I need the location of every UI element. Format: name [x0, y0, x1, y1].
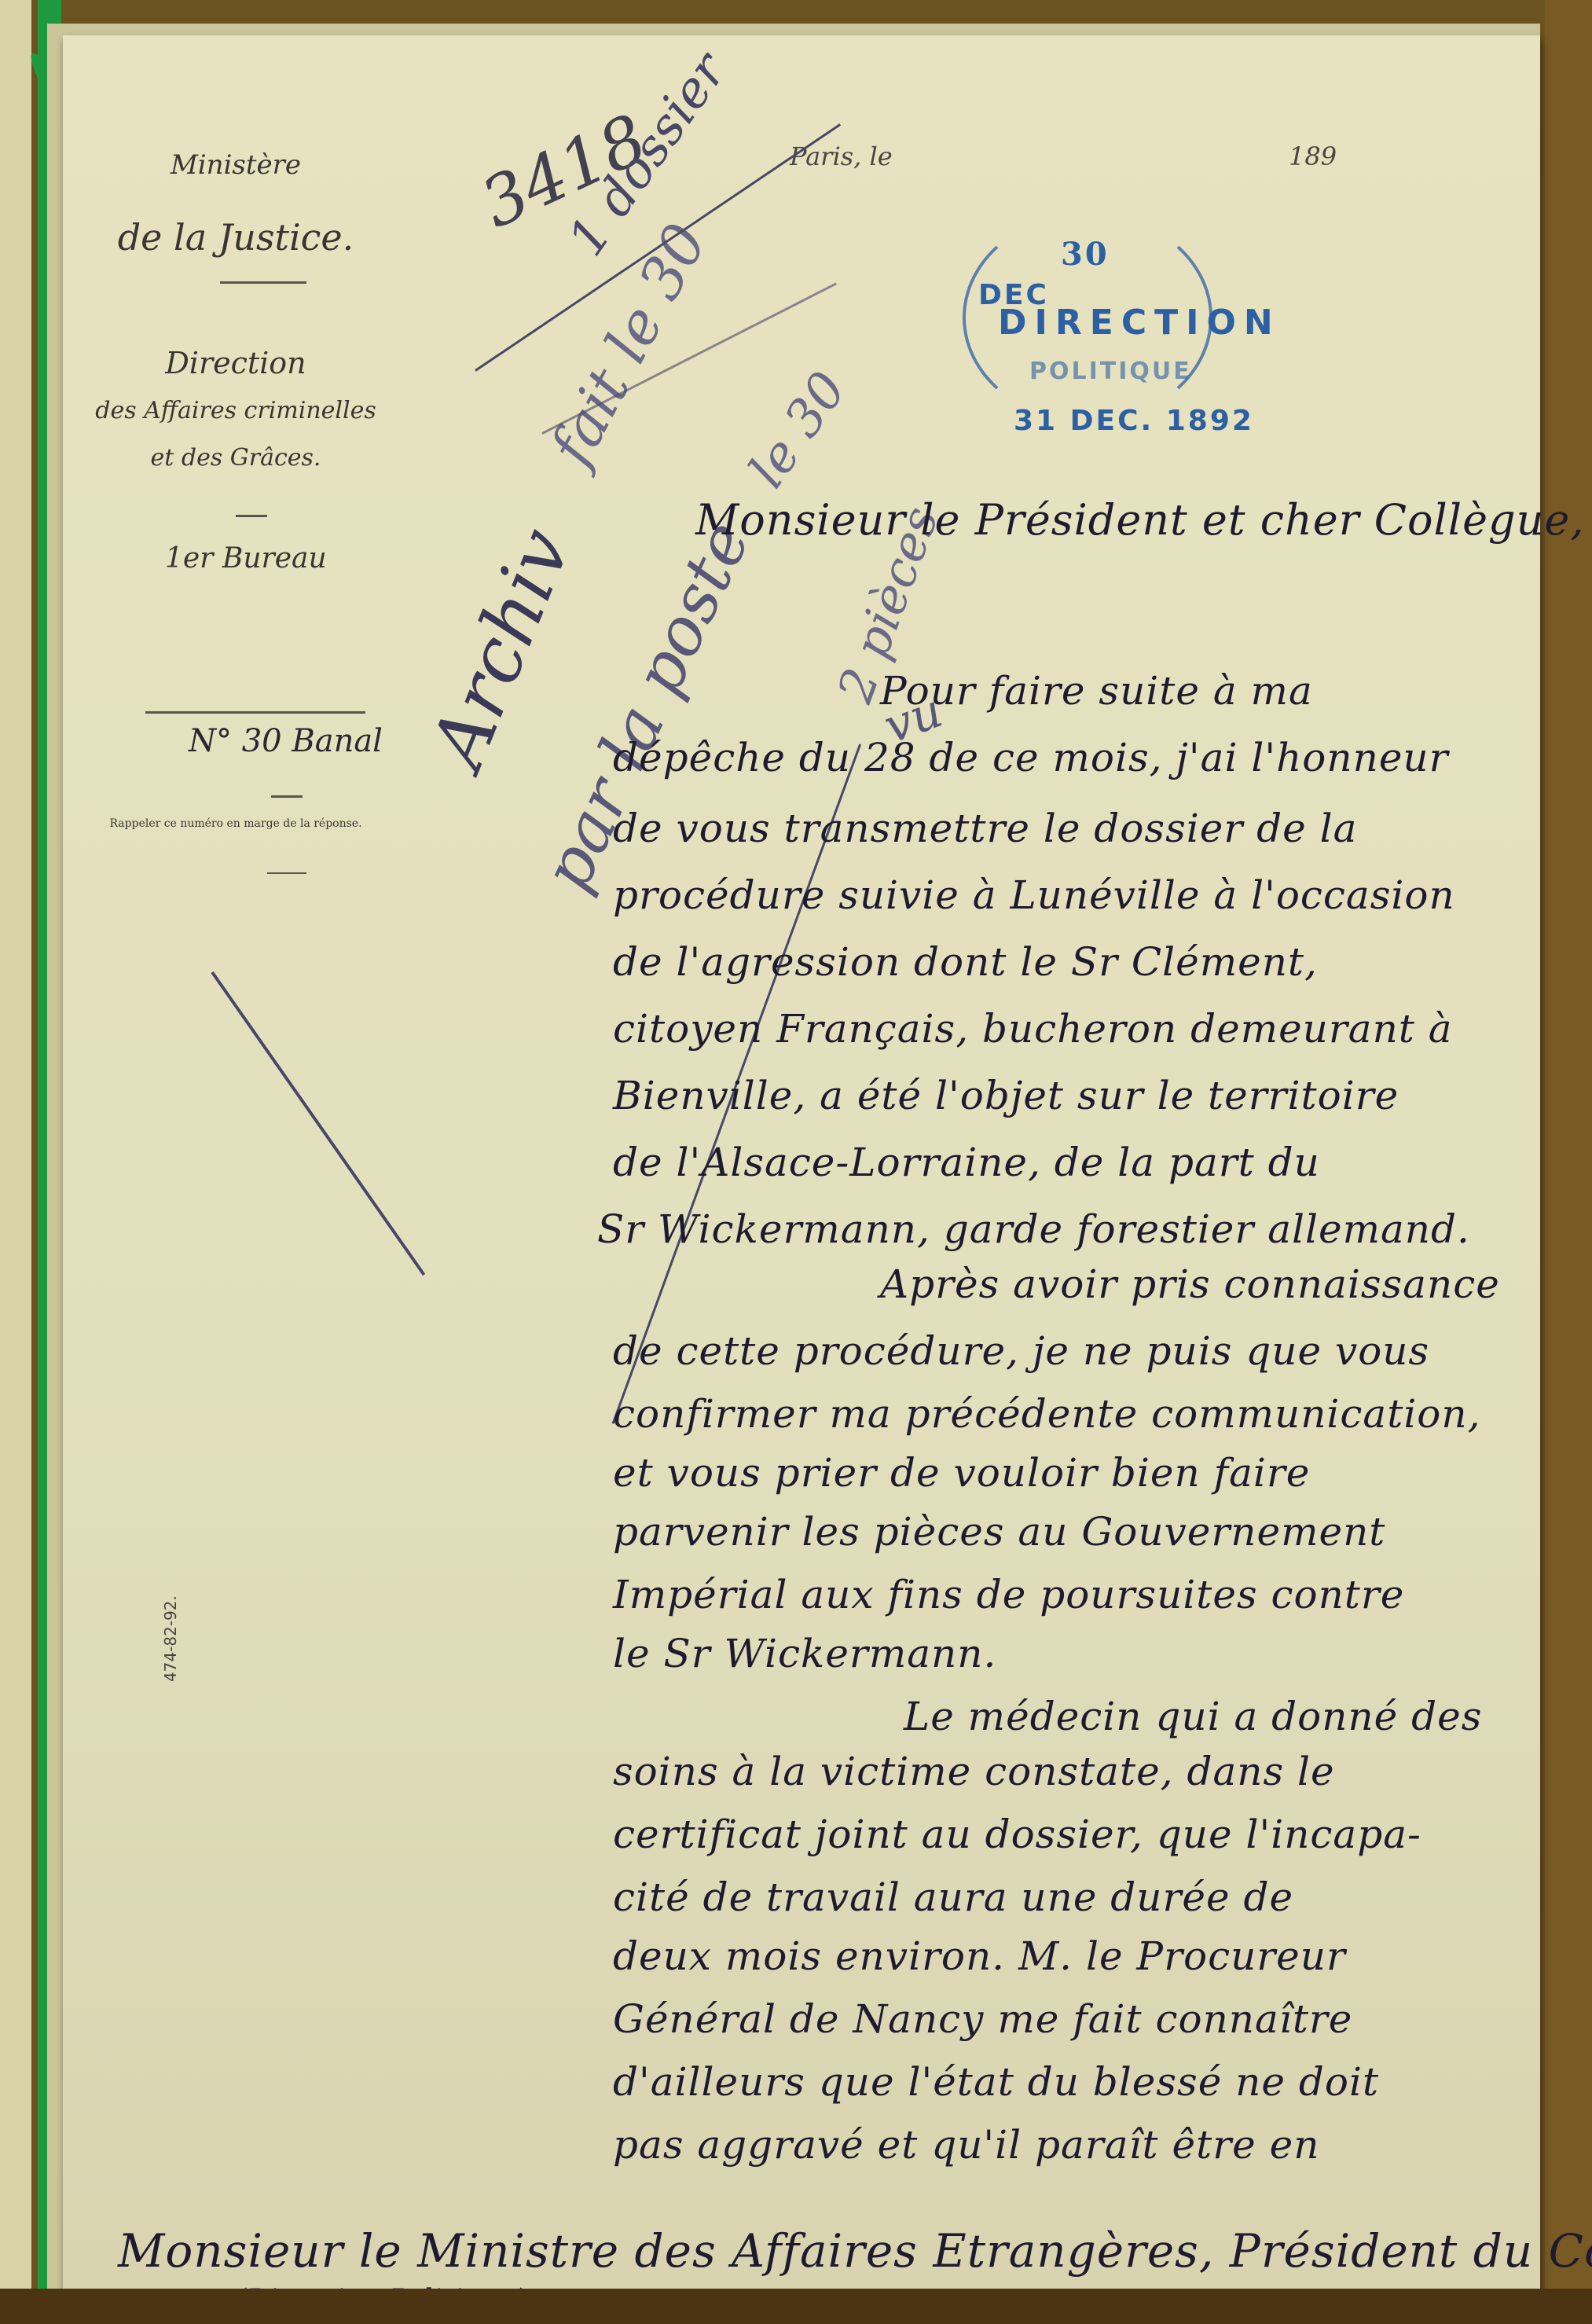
letter-line: dépêche du 28 de ce mois, j'ai l'honneur: [613, 735, 1449, 780]
letter-salutation: Monsieur le Président et cher Collègue,: [695, 495, 1585, 545]
letter-line: de l'Alsace-Lorraine, de la part du: [613, 1140, 1320, 1185]
letter-line: Pour faire suite à ma: [880, 668, 1313, 714]
letter-line: Impérial aux fins de poursuites contre: [613, 1572, 1404, 1617]
letter-line: et vous prier de vouloir bien faire: [613, 1450, 1310, 1496]
letter-line: cité de travail aura une durée de: [613, 1874, 1293, 1920]
letterhead-direction: Direction: [71, 346, 401, 380]
table-shadow: [0, 2289, 1592, 2324]
letter-line: citoyen Français, bucheron demeurant à: [613, 1006, 1453, 1052]
margin-print-code: 474-82-92.: [161, 1595, 180, 1682]
letter-line: de l'agression dont le Sr Clément,: [613, 939, 1318, 985]
letterhead-ministere: Ministère: [71, 149, 401, 181]
letterhead-divider: [271, 795, 303, 798]
letterhead-divider: [220, 281, 306, 284]
letter-line: d'ailleurs que l'état du blessé ne doit: [613, 2059, 1379, 2105]
letterhead-divider: [267, 872, 306, 874]
letter-line: parvenir les pièces au Gouvernement: [613, 1509, 1385, 1555]
stamp-date: 31 DEC. 1892: [1014, 405, 1254, 437]
stamp-office: DIRECTION: [998, 303, 1281, 343]
letter-line: deux mois environ. M. le Procureur: [613, 1933, 1346, 1979]
letter-line: Bienville, a été l'objet sur le territoi…: [613, 1073, 1399, 1118]
wooden-table-edge: [1545, 0, 1592, 2324]
letter-line: pas aggravé et qu'il paraît être en: [613, 2122, 1319, 2168]
letter-line: confirmer ma précédente communication,: [613, 1391, 1481, 1437]
letter-line: Sr Wickermann, garde forestier allemand.: [597, 1206, 1470, 1252]
letterhead-graces: et des Grâces.: [71, 444, 401, 472]
letter-line: de cette procédure, je ne puis que vous: [613, 1328, 1429, 1374]
letter-line: le Sr Wickermann.: [613, 1631, 996, 1676]
letter-line: certificat joint au dossier, que l'incap…: [613, 1812, 1421, 1857]
letterhead-rappel-note: Rappeler ce numéro en marge de la répons…: [71, 817, 401, 830]
letter-line: Le médecin qui a donné des: [904, 1694, 1482, 1739]
letterhead-bureau: 1er Bureau: [165, 542, 495, 575]
letter-line: de vous transmettre le dossier de la: [613, 806, 1357, 851]
stamp-sub: POLITIQUE: [1029, 358, 1192, 385]
letter-line: procédure suivie à Lunéville à l'occasio…: [613, 872, 1455, 918]
dateline-year: 189: [1289, 141, 1337, 171]
letter-addressee: Monsieur le Ministre des Affaires Etrang…: [118, 2224, 1592, 2278]
letter-line: Après avoir pris connaissance: [880, 1261, 1500, 1307]
letter-line: Général de Nancy me fait connaître: [613, 1996, 1352, 2042]
stamp-day: 30: [1061, 236, 1110, 273]
letterhead-justice: de la Justice.: [71, 216, 401, 259]
letter-line: soins à la victime constate, dans le: [613, 1749, 1335, 1794]
letterhead-divider: [236, 515, 267, 517]
letterhead-affaires: des Affaires criminelles: [71, 397, 401, 424]
letterhead-divider: [145, 711, 365, 714]
